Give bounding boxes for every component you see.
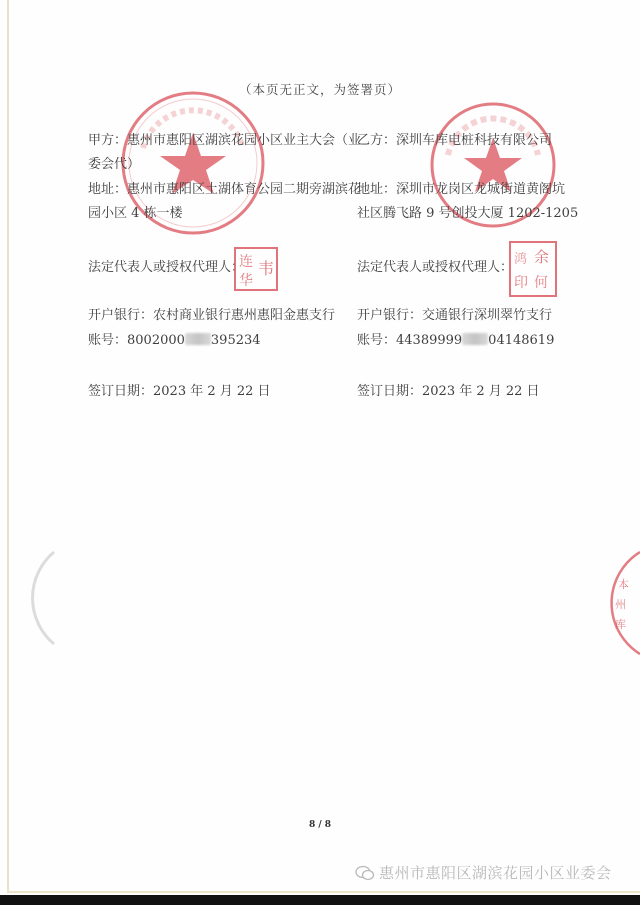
redaction-blur xyxy=(462,333,488,345)
svg-text:库: 库 xyxy=(615,617,626,631)
party-b-account: 账号：4438999904148619 xyxy=(357,329,554,353)
party-a-account-suffix: 395234 xyxy=(211,333,261,348)
party-b-account-prefix: 账号：44389999 xyxy=(357,333,462,348)
party-b-address: 地址：深圳市龙岗区龙城街道黄阁坑 xyxy=(357,178,565,202)
party-b-representative-label: 法定代表人或授权代理人： xyxy=(357,256,513,280)
page-left-edge xyxy=(7,0,9,893)
party-b-sign-date: 签订日期：2023 年 2 月 22 日 xyxy=(357,380,540,404)
bottom-black-strip xyxy=(0,895,640,905)
party-a-name-cont: 委会代） xyxy=(88,153,140,177)
signature-page-note: （本页无正文，为签署页） xyxy=(0,80,640,98)
page-bottom-edge xyxy=(7,891,640,893)
partial-seal-right-icon: 本 州 库 xyxy=(598,548,640,658)
svg-text:本: 本 xyxy=(618,577,629,591)
svg-text:州: 州 xyxy=(615,598,626,611)
redaction-blur xyxy=(185,333,211,345)
watermark: 惠州市惠阳区湖滨花园小区业委会 xyxy=(355,862,612,883)
party-a-account-prefix: 账号：8002000 xyxy=(88,333,185,348)
svg-text:何: 何 xyxy=(534,275,548,291)
party-b-name: 乙方：深圳车库电桩科技有限公司 xyxy=(357,129,552,153)
party-b-bank: 开户银行：交通银行深圳翠竹支行 xyxy=(357,304,552,328)
party-b-address-cont: 社区腾飞路 9 号创投大厦 1202-1205 xyxy=(357,202,578,226)
party-a-sign-date: 签订日期：2023 年 2 月 22 日 xyxy=(88,380,271,404)
wechat-icon xyxy=(355,865,375,881)
page-number: 8 / 8 xyxy=(0,820,640,830)
document-page: 本 州 库 （本页无正文，为签署页） 甲方：惠州市惠阳区湖滨花园小区业主大会（业… xyxy=(0,0,640,893)
party-a-representative-label: 法定代表人或授权代理人： xyxy=(88,256,244,280)
svg-text:鸿: 鸿 xyxy=(514,252,527,267)
party-a-bank: 开户银行：农村商业银行惠州惠阳金惠支行 xyxy=(88,304,335,328)
faint-partial-seal-icon xyxy=(18,548,58,648)
watermark-text: 惠州市惠阳区湖滨花园小区业委会 xyxy=(379,864,612,882)
party-b-account-suffix: 04148619 xyxy=(488,333,554,348)
party-a-address: 地址：惠州市惠阳区土湖体育公园二期旁湖滨花 xyxy=(88,178,361,202)
svg-text:韦: 韦 xyxy=(258,259,274,278)
svg-text:印: 印 xyxy=(514,275,528,291)
svg-text:余: 余 xyxy=(534,248,549,266)
party-b-square-seal-icon: 鸿 余 印 何 xyxy=(508,240,558,298)
party-a-address-cont: 园小区 4 栋一楼 xyxy=(88,202,183,226)
party-a-name: 甲方：惠州市惠阳区湖滨花园小区业主大会（业 xyxy=(88,129,361,153)
party-a-account: 账号：8002000395234 xyxy=(88,329,261,353)
